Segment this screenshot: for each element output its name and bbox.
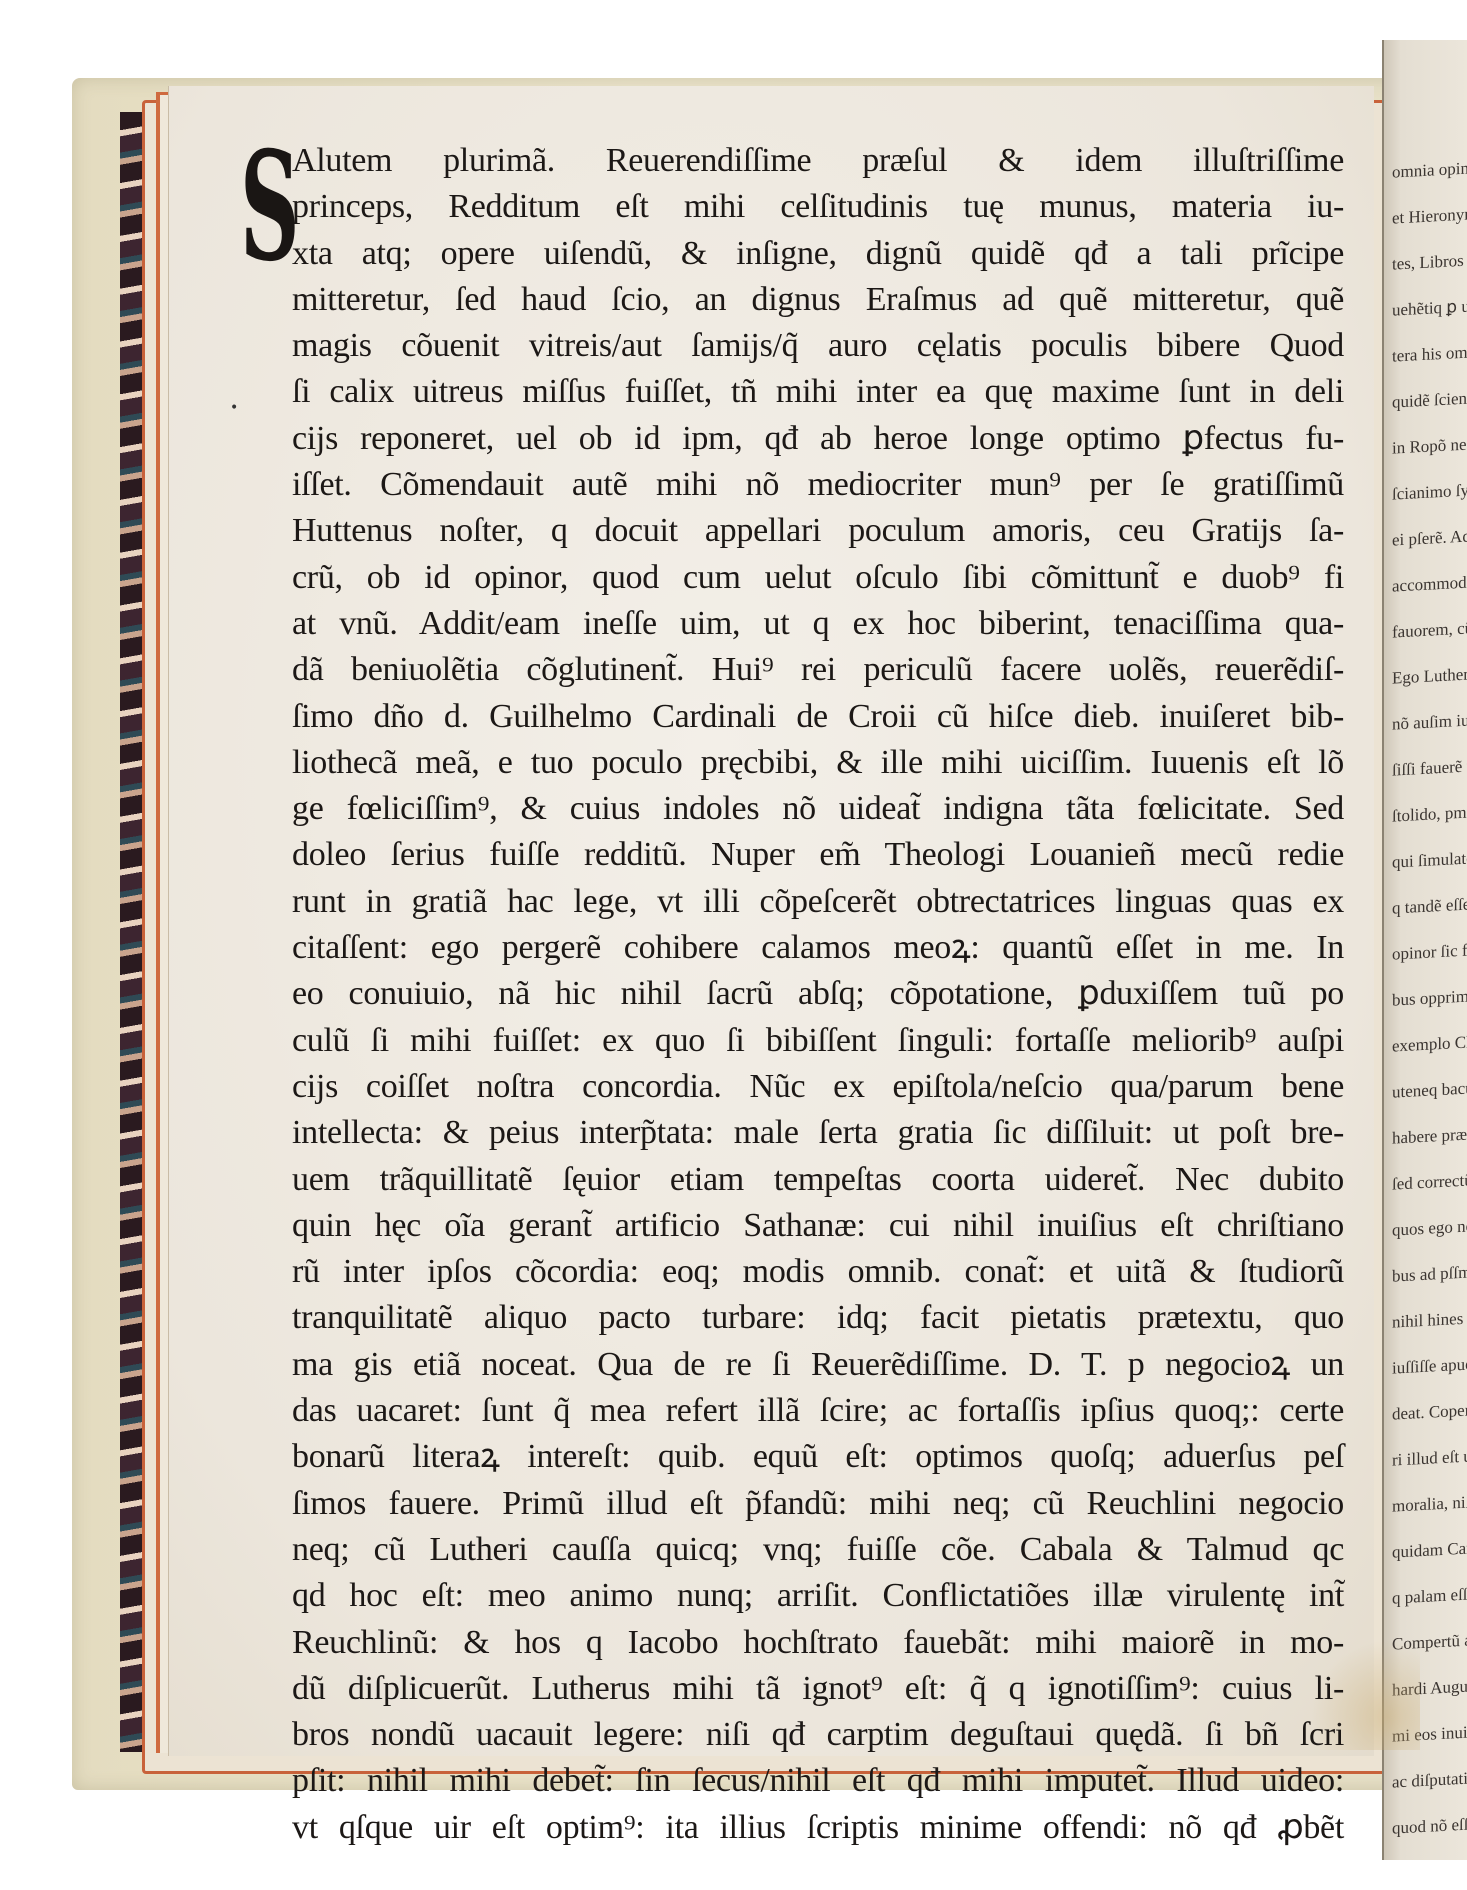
text-line: vt qſque uir eſt optim⁹: ita illius ſcri… [292, 1805, 1344, 1851]
facing-text-line: opinor ſic fauere [1384, 928, 1467, 978]
text-line: neq; cũ Lutheri cauſſa quicq; vnq; fuiſſ… [292, 1527, 1344, 1573]
facing-text-line: tera his omnĩ. Se [1384, 330, 1467, 380]
facing-text-line: bus ad pſſm ua [1384, 1250, 1467, 1300]
text-line: at vnũ. Addit/eam ineſſe uim, ut q ex ho… [292, 601, 1344, 647]
facing-text-line: nõ auſim iudicare [1384, 698, 1467, 748]
facing-text-line: Ego Lutheri neca [1384, 652, 1467, 702]
facing-text-line: qui ſimulato prete [1384, 836, 1467, 886]
text-line: cijs reponeret, uel ob id ipm, qđ ab her… [292, 416, 1344, 462]
facing-text-line: tes, Libros Lutheri [1384, 238, 1467, 288]
text-line: intellecta: & peius interp̃tata: male ſe… [292, 1110, 1344, 1156]
facing-text-line: omnia opinor, ſed q [1384, 146, 1467, 196]
text-line: Reuchlinũ: & hos q Iacobo hochſtrato fau… [292, 1620, 1344, 1666]
facing-text-line: quidam Carme [1384, 1526, 1467, 1576]
text-line: doleo ſerius fuiſſe redditũ. Nuper em̃ T… [292, 832, 1344, 878]
facing-text-line: habere prædaras [1384, 1112, 1467, 1162]
facing-text-line: bus opprimi. ſic [1384, 974, 1467, 1024]
text-line: mitteretur, ſed haud ſcio, an dignus Era… [292, 277, 1344, 323]
facing-text-line: ſtolido, pmittunt [1384, 790, 1467, 840]
text-line: bonarũ literaꝝ intereſt: quib. equũ eſt:… [292, 1434, 1344, 1480]
drop-cap: S [240, 138, 299, 276]
text-line: das uacaret: ſunt q̃ mea refert illã ſci… [292, 1388, 1344, 1434]
marbled-endpaper [120, 112, 142, 1752]
facing-text-line: ri illud eſt unũ [1384, 1434, 1467, 1484]
facing-text-line: in Ropõ ne qdam [1384, 422, 1467, 472]
text-line: ſimo dño d. Guilhelmo Cardinali de Croii… [292, 694, 1344, 740]
text-line: dũ diſplicuerũt. Lutherus mihi tã ignot⁹… [292, 1666, 1344, 1712]
text-line: qd hoc eſt: meo animo nunq; arriſit. Con… [292, 1573, 1344, 1619]
facing-text-line: nihil hines in or [1384, 1296, 1467, 1346]
facing-text-line: exemplo Chriſti [1384, 1020, 1467, 1070]
facing-page-text: omnia opinor, ſed qet Hieronymũ, mates, … [1384, 150, 1467, 1852]
text-line: culũ ſi mihi fuiſſet: ex quo ſi bibiſſen… [292, 1018, 1344, 1064]
facing-text-line: accommodant. Hec [1384, 560, 1467, 610]
text-line: princeps, Redditum eſt mihi celſitudinis… [292, 184, 1344, 230]
text-line: rũ inter ipſos cõcordia: eoq; modis omni… [292, 1249, 1344, 1295]
text-line: tranquilitatẽ aliquo pacto turbare: idq;… [292, 1295, 1344, 1341]
text-line: xta atq; opere uiſendũ, & inſigne, dignũ… [292, 231, 1344, 277]
text-line: ſimos fauere. Primũ illud eſt p̃fandũ: m… [292, 1481, 1344, 1527]
text-line: magis cõuenit vitreis/aut ſamijs/q̃ auro… [292, 323, 1344, 369]
text-line: Alutem plurimã. Reuerendiſſime præſul & … [292, 138, 1344, 184]
facing-text-line: q palam eſſent [1384, 1572, 1467, 1622]
facing-text-line: quos ego noui, n [1384, 1204, 1467, 1254]
text-line: liothecã meã, e tuo poculo pręcbibi, & i… [292, 740, 1344, 786]
facing-text-line: uteneq bacuſi [1384, 1066, 1467, 1116]
text-line: dã beniuolẽtia cõglutinent̃. Hui⁹ rei pe… [292, 647, 1344, 693]
facing-text-line: q tandẽ eſſet inuid [1384, 882, 1467, 932]
text-line: runt in gratiã hac lege, vt illi cõpeſce… [292, 879, 1344, 925]
facing-text-line: ei pſerẽ. Addit [1384, 514, 1467, 564]
text-line: bros nondũ uacauit legere: niſi qđ carpt… [292, 1712, 1344, 1758]
facing-text-line: ſiſſi fauerẽ ut uir [1384, 744, 1467, 794]
text-line: ſi calix uitreus miſſus fuiſſet, tñ mihi… [292, 369, 1344, 415]
facing-text-line: quod nõ eſſet [1384, 1802, 1467, 1852]
text-line: ge fœliciſſim⁹, & cuius indoles nõ uidea… [292, 786, 1344, 832]
text-line: ma gis etiã noceat. Qua de re ſi Reuerẽd… [292, 1342, 1344, 1388]
facing-text-line: iuſſiſſe apud p [1384, 1342, 1467, 1392]
text-line: eo conuiuio, nã hic nihil ſacrũ abſq; cõ… [292, 971, 1344, 1017]
facing-text-line: fauorem, cũ illoꝝ [1384, 606, 1467, 656]
facing-text-line: ſed correctũ uoc [1384, 1158, 1467, 1208]
facing-text-line: moralia, niſi ma [1384, 1480, 1467, 1530]
text-line: quin hęc oĩa gerant̃ artificio Sathanæ: … [292, 1203, 1344, 1249]
text-line: iſſet. Cõmendauit autẽ mihi nõ mediocrit… [292, 462, 1344, 508]
facing-text-line: ſcianimo ſyncero [1384, 468, 1467, 518]
text-line: uem trãquillitatẽ ſęuior etiam tempeſtas… [292, 1157, 1344, 1203]
text-line: Huttenus noſter, q docuit appellari pocu… [292, 508, 1344, 554]
text-line: citaſſent: ego pergerẽ cohibere calamos … [292, 925, 1344, 971]
text-lines: Alutem plurimã. Reuerendiſſime præſul & … [292, 138, 1344, 1851]
facing-text-line: uehẽtiq ꝑ uirib. ob [1384, 284, 1467, 334]
text-line: cijs coiſſet noſtra concordia. Nũc ex ep… [292, 1064, 1344, 1110]
facing-text-line: quidẽ ſcientia, et in [1384, 376, 1467, 426]
facing-page: omnia opinor, ſed qet Hieronymũ, mates, … [1382, 40, 1467, 1860]
facing-text-line: deat. Coperti e [1384, 1388, 1467, 1438]
text-line: pſit: nihil mihi debet̃: ſin ſecus/nihil… [292, 1758, 1344, 1804]
facing-text-line: ac diſputation [1384, 1756, 1467, 1806]
facing-text-line: et Hieronymũ, ma [1384, 192, 1467, 242]
margin-mark: • [230, 400, 238, 416]
text-line: crũ, ob id opinor, quod cum uelut oſculo… [292, 555, 1344, 601]
letter-text-block: S Alutem plurimã. Reuerendiſſime præſul … [292, 138, 1344, 1851]
